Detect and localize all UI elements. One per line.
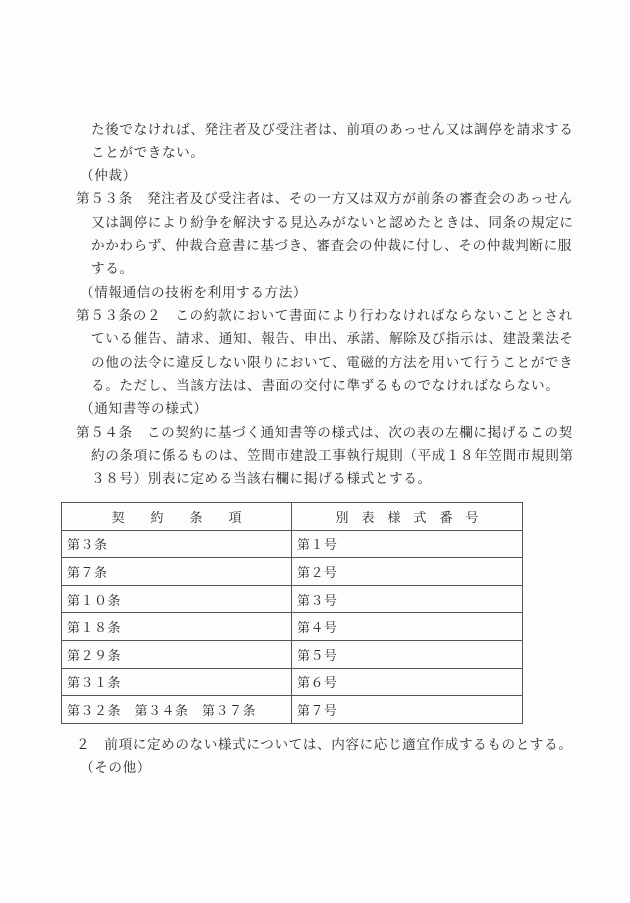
article-53-2: 第５３条の２ この約款において書面により行わなければならないこととされ	[76, 307, 573, 325]
text-line: 約の条項に係るものは、笠間市建設工事執行規則（平成１８年笠間市規則第	[91, 447, 574, 465]
form-number-cell: 第３号	[292, 585, 523, 613]
table-row: 第１８条 第４号	[62, 613, 523, 641]
document-page: た後でなければ、発注者及び受注者は、前項のあっせん又は調停を請求する ことができ…	[0, 0, 630, 903]
section-heading-arbitration: （仲裁）	[80, 167, 137, 185]
table-row: 第７条 第２号	[62, 558, 523, 586]
text-line: する。	[91, 260, 134, 278]
text-line: かかわらず、仲裁合意書に基づき、審査会の仲裁に付し、その仲裁判断に服	[91, 237, 572, 255]
text-line: ３８号）別表に定める当該右欄に掲げる様式とする。	[91, 470, 432, 488]
form-number-cell: 第４号	[292, 613, 523, 641]
clause-cell: 第３条	[62, 530, 292, 558]
text-line: る。ただし、当該方法は、書面の交付に準ずるものでなければならない。	[91, 377, 559, 395]
table-row: 第３２条 第３４条 第３７条 第７号	[62, 696, 523, 724]
form-number-cell: 第２号	[292, 558, 523, 586]
section-heading-ict: （情報通信の技術を利用する方法）	[80, 284, 307, 302]
paragraph-2: ２ 前項に定めのない様式については、内容に応じ適宜作成するものとする。	[76, 736, 573, 754]
form-number-cell: 第５号	[292, 640, 523, 668]
form-number-cell: 第６号	[292, 668, 523, 696]
clause-cell: 第１０条	[62, 585, 292, 613]
forms-table: 契 約 条 項 別 表 様 式 番 号 第３条 第１号 第７条 第２号 第１０条…	[61, 502, 523, 724]
clause-cell: 第１８条	[62, 613, 292, 641]
text-line: ている催告、請求、通知、報告、申出、承諾、解除及び指示は、建設業法そ	[91, 330, 574, 348]
section-heading-other: （その他）	[80, 759, 151, 777]
section-heading-forms: （通知書等の様式）	[80, 400, 208, 418]
form-number-cell: 第７号	[292, 696, 523, 724]
header-contract-clause: 契 約 条 項	[62, 503, 292, 531]
text-line: ことができない。	[91, 144, 205, 162]
table-header-row: 契 約 条 項 別 表 様 式 番 号	[62, 503, 523, 531]
header-form-number: 別 表 様 式 番 号	[292, 503, 523, 531]
form-number-cell: 第１号	[292, 530, 523, 558]
table-row: 第１０条 第３号	[62, 585, 523, 613]
clause-cell: 第３２条 第３４条 第３７条	[62, 696, 292, 724]
text-line: た後でなければ、発注者及び受注者は、前項のあっせん又は調停を請求する	[91, 121, 573, 139]
table-row: 第３１条 第６号	[62, 668, 523, 696]
text-line: 又は調停により紛争を解決する見込みがないと認めたときは、同条の規定に	[91, 214, 574, 232]
article-54: 第５４条 この契約に基づく通知書等の様式は、次の表の左欄に掲げるこの契	[76, 424, 573, 442]
table-row: 第２９条 第５号	[62, 640, 523, 668]
text-line: の他の法令に違反しない限りにおいて、電磁的方法を用いて行うことができ	[91, 354, 573, 372]
clause-cell: 第２９条	[62, 640, 292, 668]
clause-cell: 第３１条	[62, 668, 292, 696]
table-row: 第３条 第１号	[62, 530, 523, 558]
article-53: 第５３条 発注者及び受注者は、その一方又は双方が前条の審査会のあっせん	[76, 190, 573, 208]
clause-cell: 第７条	[62, 558, 292, 586]
